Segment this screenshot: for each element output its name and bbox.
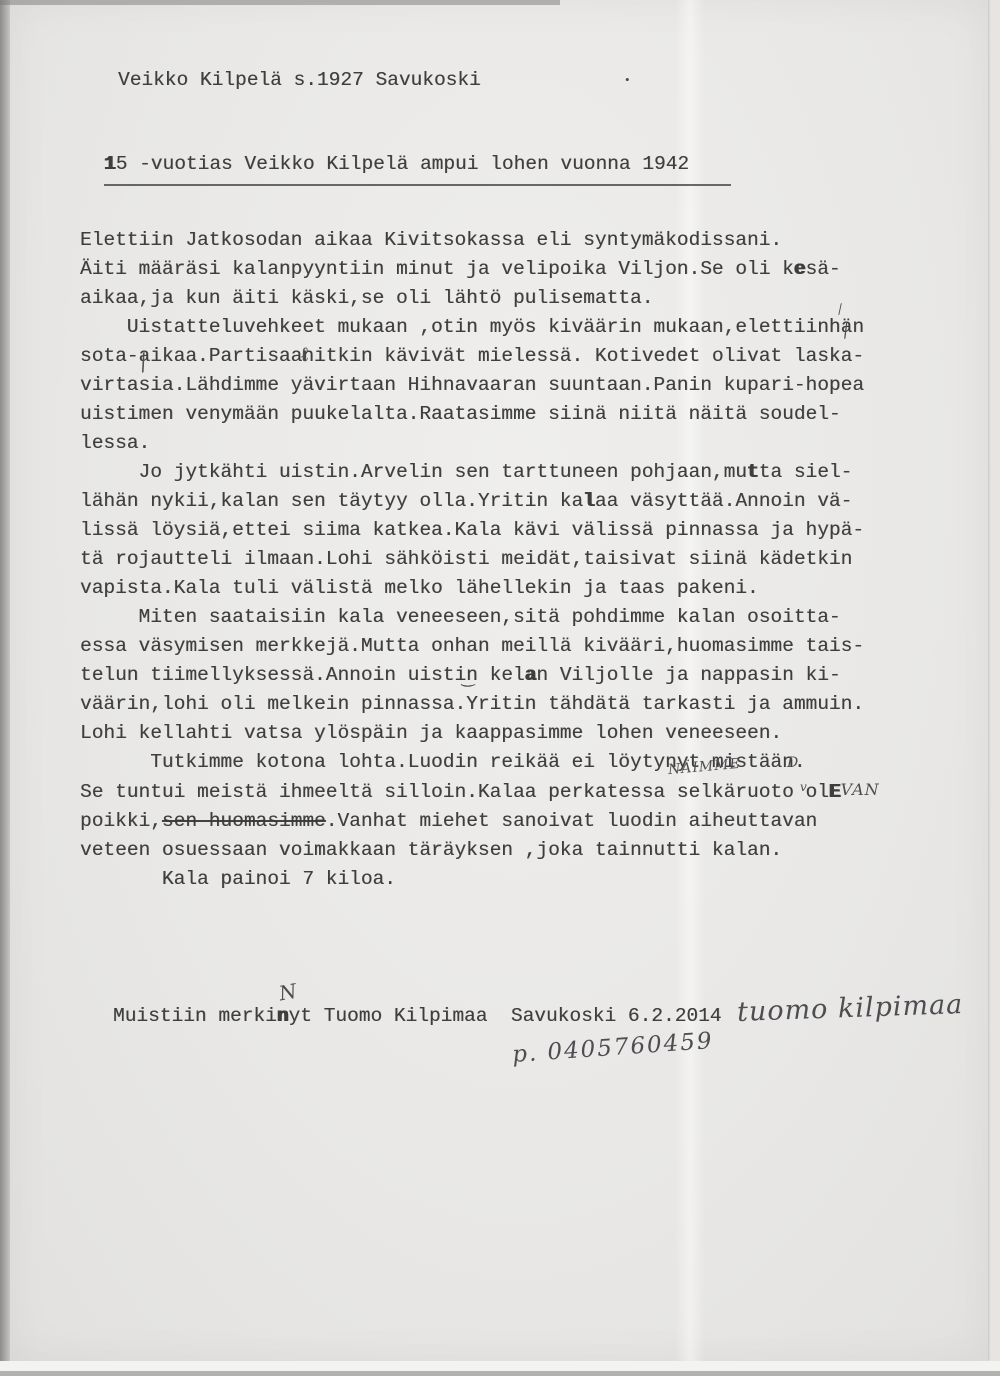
text-segment: lähän nykii,kalan sen täytyy olla.Yritin… bbox=[80, 490, 583, 512]
attribution-line: Muistiin merkinyt Tuomo Kilpimaa Savukos… bbox=[113, 1002, 722, 1031]
text-segment: aa väsyttää.Annoin vä- bbox=[595, 490, 852, 512]
text-segment: veteen osuessaan voimakkaan täräyksen ,j… bbox=[80, 839, 782, 861]
text-segment: Äiti määräsi kalanpyyntiin minut ja veli… bbox=[80, 258, 794, 280]
document-body: Elettiin Jatkosodan aikaa Kivitsokassa e… bbox=[80, 226, 880, 894]
typed-line: virtasia.Lähdimme yävirtaan Hihnavaaran … bbox=[80, 371, 880, 400]
typed-line: lähän nykii,kalan sen täytyy olla.Yritin… bbox=[80, 487, 880, 516]
text-segment: tä rojautteli ilmaan.Lohi sähköisti meid… bbox=[80, 548, 852, 570]
typed-line: veteen osuessaan voimakkaan täräyksen ,j… bbox=[80, 836, 880, 865]
handwritten-annotation: D bbox=[787, 756, 799, 770]
text-segment: sä- bbox=[806, 258, 841, 280]
text-segment: sen huomasimme bbox=[162, 810, 326, 832]
typed-line: Kala painoi 7 kiloa. bbox=[80, 865, 880, 894]
typed-line: Uistatteluvehkeet mukaan ,otin myös kivä… bbox=[80, 313, 880, 342]
typed-line: vapista.Kala tuli välistä melko lähellek… bbox=[80, 574, 880, 603]
text-segment: uistimen venymään puukelalta.Raatasimme … bbox=[80, 403, 841, 425]
scan-top-edge bbox=[0, 0, 560, 5]
scan-left-edge bbox=[0, 0, 10, 1376]
typed-line: Lohi kellahti vatsa ylöspäin ja kaappasi… bbox=[80, 719, 880, 748]
typed-line: Miten saataisiin kala veneeseen,sitä poh… bbox=[80, 603, 880, 632]
text-segment: Jo jytkähti uistin.Arvelin sen tarttunee… bbox=[80, 461, 747, 483]
text-segment: t bbox=[747, 461, 759, 483]
text-segment: Miten saataisiin kala veneeseen,sitä poh… bbox=[80, 606, 841, 628]
typed-line: aikaa,ja kun äiti käski,se oli lähtö pul… bbox=[80, 284, 880, 313]
text-segment: lessa. bbox=[80, 432, 150, 454]
text-segment: l bbox=[583, 490, 595, 512]
typed-line: Jo jytkähti uistin.Arvelin sen tarttunee… bbox=[80, 458, 880, 487]
document-title: 15 -vuotias Veikko Kilpelä ampui lohen v… bbox=[104, 150, 731, 186]
stray-mark: • bbox=[625, 72, 630, 88]
text-segment: yt Tuomo Kilpimaa Savukoski 6.2.2014 bbox=[289, 1005, 722, 1027]
text-segment: poikki, bbox=[80, 810, 162, 832]
text-segment: ta siel- bbox=[759, 461, 853, 483]
text-segment: lissä löysiä,ettei siima katkea.Kala käv… bbox=[80, 519, 864, 541]
text-segment: Muistiin merki bbox=[113, 1005, 277, 1027]
typed-line: Tutkimme kotona lohta.Luodin reikää ei l… bbox=[80, 748, 880, 777]
handwritten-annotation: N bbox=[277, 981, 299, 1004]
typed-line: lissä löysiä,ettei siima katkea.Kala käv… bbox=[80, 516, 880, 545]
text-segment: n Viljolle ja nappasin ki- bbox=[536, 664, 840, 686]
scanned-page: Veikko Kilpelä s.1927 Savukoski • 15 -vu… bbox=[0, 0, 1000, 1376]
typed-line: tä rojautteli ilmaan.Lohi sähköisti meid… bbox=[80, 545, 880, 574]
document-author-line: Veikko Kilpelä s.1927 Savukoski bbox=[118, 66, 481, 95]
typed-line: Elettiin Jatkosodan aikaa Kivitsokassa e… bbox=[80, 226, 880, 255]
text-segment: virtasia.Lähdimme yävirtaan Hihnavaaran … bbox=[80, 374, 864, 396]
text-segment: E bbox=[829, 781, 841, 803]
text-segment: sota-aikaa.Partisaanitkin kävivät mieles… bbox=[80, 345, 864, 367]
typed-line: telun tiimellyksessä.Annoin uistin kelan… bbox=[80, 661, 880, 690]
text-segment: Lohi kellahti vatsa ylöspäin ja kaappasi… bbox=[80, 722, 782, 744]
text-segment: n bbox=[277, 1005, 289, 1027]
scan-bottom-edge bbox=[0, 1371, 1000, 1376]
text-segment: a bbox=[525, 664, 537, 686]
text-segment: VAN bbox=[841, 780, 880, 799]
typed-line: sota-aikaa.Partisaanitkin kävivät mieles… bbox=[80, 342, 880, 371]
text-segment: Elettiin Jatkosodan aikaa Kivitsokassa e… bbox=[80, 229, 782, 251]
text-segment: 5 -vuotias Veikko Kilpelä ampui lohen vu… bbox=[116, 153, 689, 175]
typed-line: väärin,lohi oli melkein pinnassa.Yritin … bbox=[80, 690, 880, 719]
typed-line: Äiti määräsi kalanpyyntiin minut ja veli… bbox=[80, 255, 880, 284]
typed-line: essa väsymisen merkkejä.Mutta onhan meil… bbox=[80, 632, 880, 661]
handwritten-annotation: ‿ bbox=[462, 670, 476, 686]
typed-line: Se tuntui meistä ihmeeltä silloin.Kalaa … bbox=[80, 777, 880, 807]
text-segment: 1 bbox=[104, 153, 116, 175]
text-segment: väärin,lohi oli melkein pinnassa.Yritin … bbox=[80, 693, 864, 715]
text-segment: Se tuntui meistä ihmeeltä silloin.Kalaa … bbox=[80, 781, 829, 803]
text-segment: Kala painoi 7 kiloa. bbox=[80, 868, 396, 890]
text-segment: aikaa,ja kun äiti käski,se oli lähtö pul… bbox=[80, 287, 653, 309]
typed-line: lessa. bbox=[80, 429, 880, 458]
text-segment: essa väsymisen merkkejä.Mutta onhan meil… bbox=[80, 635, 864, 657]
text-segment: vapista.Kala tuli välistä melko lähellek… bbox=[80, 577, 759, 599]
text-segment: .Vanhat miehet sanoivat luodin aiheuttav… bbox=[326, 810, 817, 832]
text-segment: e bbox=[794, 258, 806, 280]
text-segment: Uistatteluvehkeet mukaan ,otin myös kivä… bbox=[80, 316, 864, 338]
typed-line: poikki,sen huomasimme.Vanhat miehet sano… bbox=[80, 807, 880, 836]
text-segment: telun tiimellyksessä.Annoin uistin kel bbox=[80, 664, 525, 686]
typed-line: uistimen venymään puukelalta.Raatasimme … bbox=[80, 400, 880, 429]
handwritten-annotation: v bbox=[800, 781, 808, 793]
